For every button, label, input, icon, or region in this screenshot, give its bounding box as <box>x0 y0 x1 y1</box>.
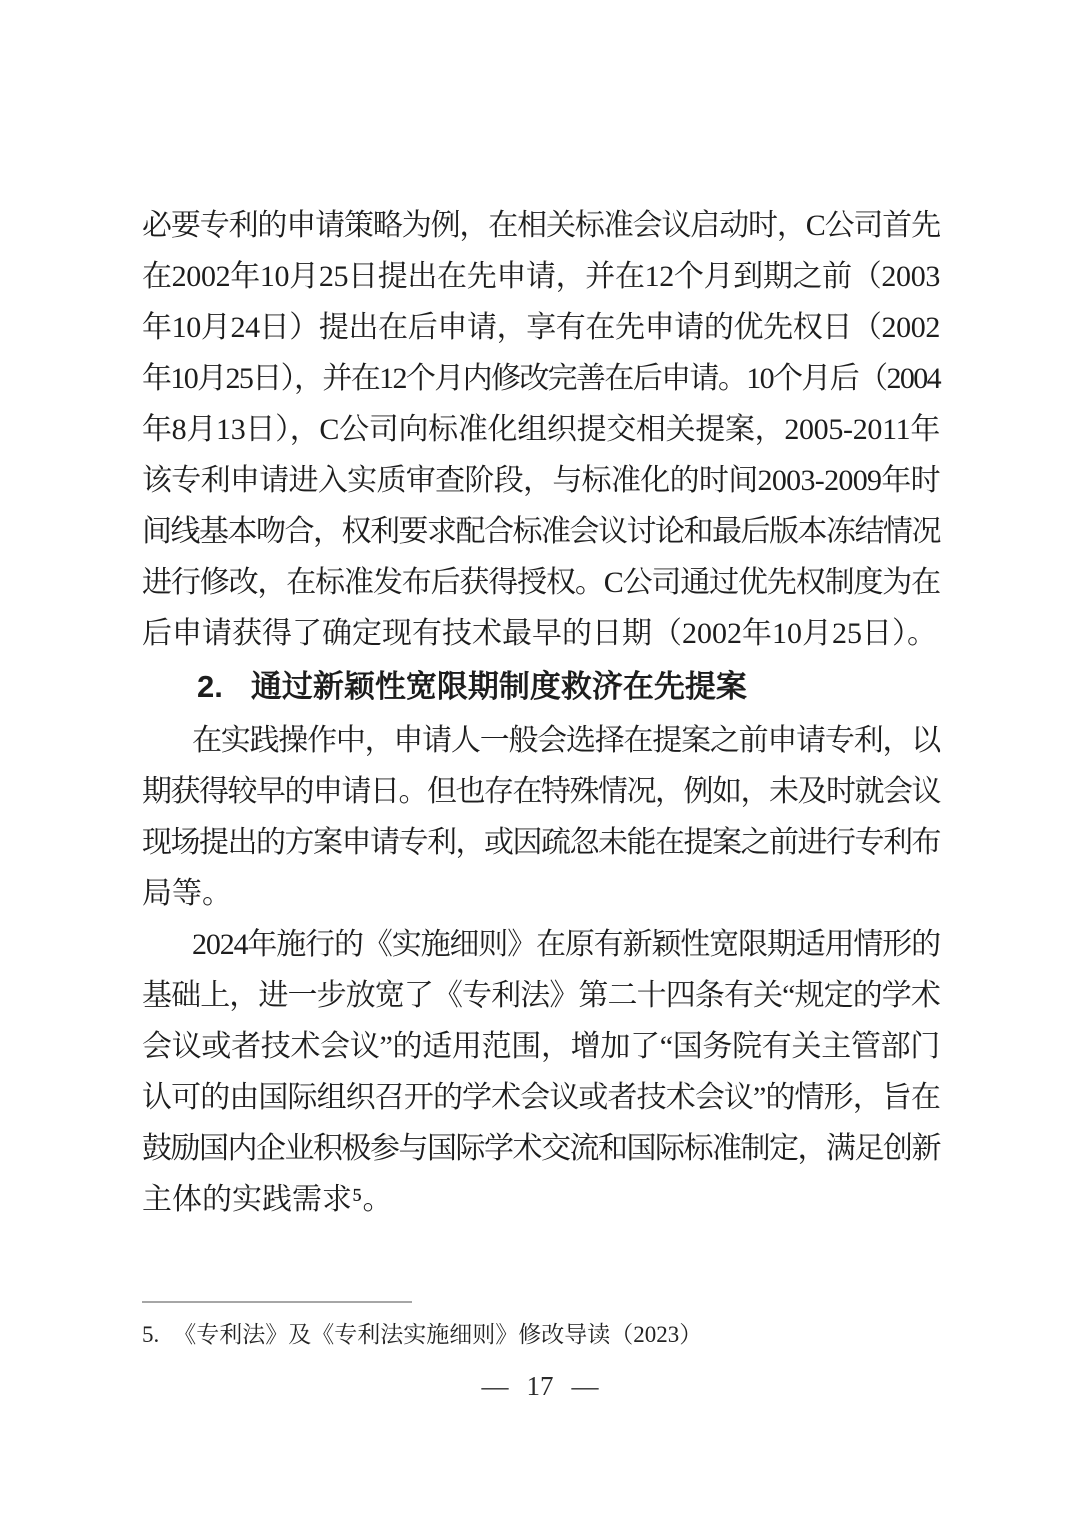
paragraph-line-text: 年10月25日），并在12个月内修改完善在后申请。10个月后（2004 <box>142 362 940 395</box>
paragraph-line: 后申请获得了确定现有技术最早的日期（2002年10月25日）。 <box>142 608 940 659</box>
document-page: 必要专利的申请策略为例，在相关标准会议启动时，C公司首先在2002年10月25日… <box>0 0 1080 1527</box>
paragraph-line: 年10月24日）提出在后申请，享有在先申请的优先权日（2002 <box>142 302 940 353</box>
paragraph-line-text: 在实践操作中，申请人一般会选择在提案之前申请专利，以 <box>192 724 940 757</box>
paragraph-line: 年10月25日），并在12个月内修改完善在后申请。10个月后（2004 <box>142 353 940 404</box>
paragraph-line-text: 间线基本吻合，权利要求配合标准会议讨论和最后版本冻结情况 <box>142 515 940 548</box>
heading-text: 通过新颖性宽限期制度救济在先提案 <box>251 669 747 704</box>
paragraph-line-text: 鼓励国内企业积极参与国际学术交流和国际标准制定，满足创新 <box>142 1132 940 1165</box>
paragraph-line: 该专利申请进入实质审查阶段，与标准化的时间2003-2009年时 <box>142 455 940 506</box>
text-block: 必要专利的申请策略为例，在相关标准会议启动时，C公司首先在2002年10月25日… <box>142 200 940 1225</box>
paragraph-line-text: 年10月24日）提出在后申请，享有在先申请的优先权日（2002 <box>142 311 940 344</box>
paragraph-line: 基础上，进一步放宽了《专利法》第二十四条有关“规定的学术 <box>142 970 940 1021</box>
paragraph-line: 认可的由国际组织召开的学术会议或者技术会议”的情形，旨在 <box>142 1072 940 1123</box>
paragraph-line: 必要专利的申请策略为例，在相关标准会议启动时，C公司首先 <box>142 200 940 251</box>
footnote-separator <box>142 1301 412 1303</box>
page-number-value: 17 <box>527 1365 554 1407</box>
paragraph-line: 局等。 <box>142 868 940 919</box>
paragraph-line-text: 认可的由国际组织召开的学术会议或者技术会议”的情形，旨在 <box>142 1081 940 1114</box>
paragraph-line: 鼓励国内企业积极参与国际学术交流和国际标准制定，满足创新 <box>142 1123 940 1174</box>
paragraph-line: 间线基本吻合，权利要求配合标准会议讨论和最后版本冻结情况 <box>142 506 940 557</box>
paragraph-line-text: 局等。 <box>142 877 232 910</box>
footnote-text: 《专利法》及《专利法实施细则》修改导读（2023） <box>173 1322 702 1347</box>
footnote: 5.《专利法》及《专利法实施细则》修改导读（2023） <box>142 1318 702 1352</box>
paragraph-line: 会议或者技术会议”的适用范围，增加了“国务院有关主管部门 <box>142 1021 940 1072</box>
paragraph-line: 进行修改，在标准发布后获得授权。C公司通过优先权制度为在 <box>142 557 940 608</box>
paragraph-line: 现场提出的方案申请专利，或因疏忽未能在提案之前进行专利布 <box>142 817 940 868</box>
page-number-dash-left: — <box>482 1365 509 1407</box>
paragraph-line: 2024年施行的《实施细则》在原有新颖性宽限期适用情形的 <box>142 919 940 970</box>
paragraph-line-text: 进行修改，在标准发布后获得授权。C公司通过优先权制度为在 <box>142 566 940 599</box>
page-number: — 17 — <box>0 1365 1080 1407</box>
footnote-marker: 5. <box>142 1322 159 1347</box>
paragraph-line: 在实践操作中，申请人一般会选择在提案之前申请专利，以 <box>142 715 940 766</box>
paragraph-line-text: 2024年施行的《实施细则》在原有新颖性宽限期适用情形的 <box>192 928 940 961</box>
paragraph-line-text: 该专利申请进入实质审查阶段，与标准化的时间2003-2009年时 <box>142 464 940 497</box>
paragraph-line-text: 在2002年10月25日提出在先申请，并在12个月到期之前（2003 <box>142 260 940 293</box>
heading-number: 2. <box>197 669 223 704</box>
paragraph-line-text: 基础上，进一步放宽了《专利法》第二十四条有关“规定的学术 <box>142 979 940 1012</box>
paragraph-line-text: 年8月13日），C公司向标准化组织提交相关提案，2005-2011年 <box>142 413 940 446</box>
paragraph-line: 主体的实践需求⁵。 <box>142 1174 940 1225</box>
paragraph-line-text: 主体的实践需求⁵。 <box>142 1183 392 1216</box>
page-number-dash-right: — <box>572 1365 599 1407</box>
paragraph-line: 在2002年10月25日提出在先申请，并在12个月到期之前（2003 <box>142 251 940 302</box>
paragraph-line-text: 会议或者技术会议”的适用范围，增加了“国务院有关主管部门 <box>142 1030 940 1063</box>
paragraph-line-text: 必要专利的申请策略为例，在相关标准会议启动时，C公司首先 <box>142 209 940 242</box>
paragraph-line-text: 现场提出的方案申请专利，或因疏忽未能在提案之前进行专利布 <box>142 826 940 859</box>
paragraph-line-text: 后申请获得了确定现有技术最早的日期（2002年10月25日）。 <box>142 617 937 650</box>
section-heading: 2.通过新颖性宽限期制度救济在先提案 <box>142 659 940 715</box>
paragraph-line: 期获得较早的申请日。但也存在特殊情况，例如，未及时就会议 <box>142 766 940 817</box>
paragraph-line-text: 期获得较早的申请日。但也存在特殊情况，例如，未及时就会议 <box>142 775 940 808</box>
paragraph-line: 年8月13日），C公司向标准化组织提交相关提案，2005-2011年 <box>142 404 940 455</box>
